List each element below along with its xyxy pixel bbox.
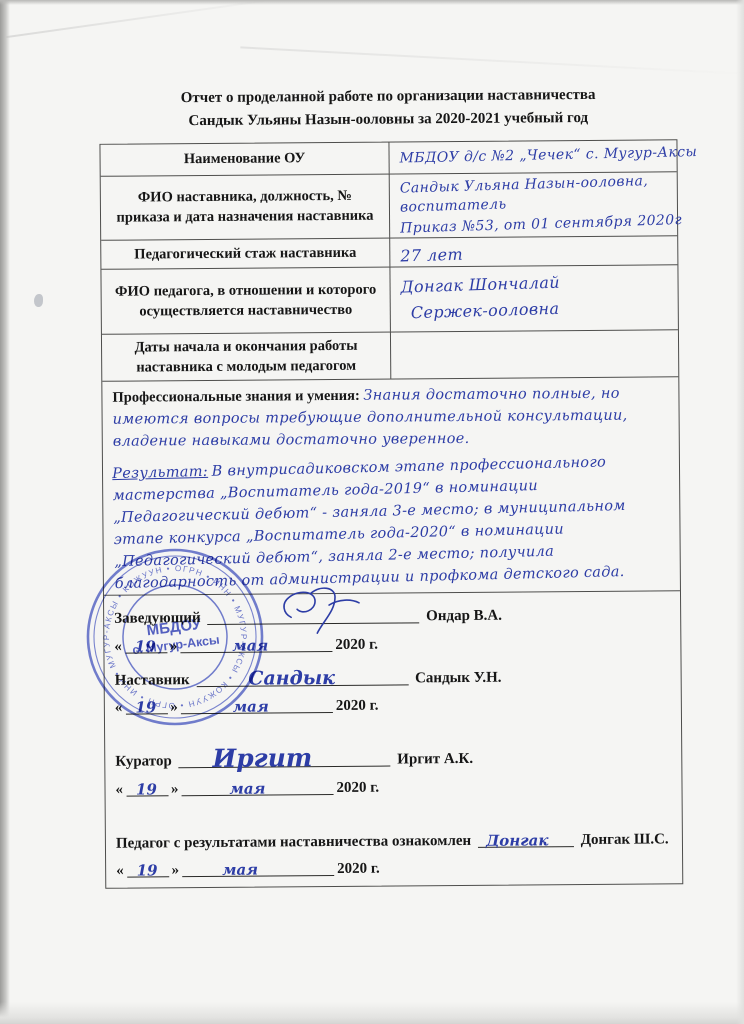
- row-value: 27 лет: [390, 236, 677, 266]
- curator-signature: Иргит: [212, 743, 312, 773]
- printed-name: Ондар В.А.: [426, 607, 502, 624]
- role-label: Педагог с результатами наставничества оз…: [116, 832, 471, 851]
- scan-edge-bottom: [0, 1002, 744, 1024]
- row-value-empty: [391, 330, 678, 378]
- handwritten-month: мая: [222, 860, 258, 878]
- skills-label: Профессиональные знания и умения:: [112, 387, 359, 405]
- paper-crease: [0, 0, 299, 43]
- stamp-center-line2: с. Мугур-Аксы: [132, 633, 221, 658]
- year-label: 2020 г.: [336, 779, 379, 795]
- report-table: Наименование ОУ МБДОУ д/с №2 „Чечек“ с. …: [99, 139, 683, 889]
- year-label: 2020 г.: [337, 860, 380, 876]
- date-line-teacher: «19»мая2020 г.: [116, 854, 380, 879]
- handwritten-value: 27 лет: [400, 238, 669, 265]
- title-line-1: Отчет о проделанной работе по организаци…: [99, 83, 677, 111]
- row-label: Наименование ОУ: [100, 142, 389, 175]
- handwritten-value: МБДОУ д/с №2 „Чечек“ с. Мугур-Аксы: [399, 143, 697, 168]
- row-label: Даты начала и окончания работы наставник…: [102, 332, 391, 380]
- title-line-2: Сандык Ульяны Назын-ооловны за 2020-2021…: [99, 107, 677, 135]
- table-row-experience: Педагогический стаж наставника 27 лет: [101, 236, 677, 270]
- row-value: Сандык Ульяна Назын-ооловна, воспитатель…: [390, 172, 690, 237]
- year-label: 2020 г.: [335, 636, 378, 652]
- signature-line-curator: Куратор Иргит Иргит А.К.: [115, 744, 473, 770]
- printed-name: Сандык У.Н.: [415, 669, 502, 686]
- scanned-report-page: Отчет о проделанной работе по организаци…: [0, 0, 744, 1024]
- paper-crease: [240, 46, 744, 75]
- scan-edge-left: [0, 0, 10, 1024]
- date-line-curator: «19»мая2020 г.: [115, 773, 379, 798]
- table-row-mentee-fio: ФИО педагога, в отношении и которого осу…: [101, 265, 677, 335]
- table-row-ou-name: Наименование ОУ МБДОУ д/с №2 „Чечек“ с. …: [100, 140, 676, 177]
- row-label: Педагогический стаж наставника: [101, 238, 390, 268]
- row-value: МБДОУ д/с №2 „Чечек“ с. Мугур-Аксы: [389, 140, 705, 173]
- handwritten-day: 19: [137, 861, 158, 879]
- scan-edge-right: [736, 0, 744, 1024]
- handwritten-day: 19: [136, 780, 157, 798]
- result-label: Результат:: [112, 463, 208, 481]
- report-form: Отчет о проделанной работе по организаци…: [99, 83, 683, 888]
- table-row-mentor-fio: ФИО наставника, должность, № приказа и д…: [101, 172, 677, 241]
- role-label: Куратор: [115, 753, 172, 769]
- printed-name: Иргит А.К.: [397, 750, 473, 767]
- quote-close: »: [171, 781, 179, 797]
- day-field: 19: [126, 775, 168, 796]
- quote-open: «: [115, 781, 123, 797]
- printed-name: Донгак Ш.С.: [581, 831, 669, 848]
- official-round-stamp: • ОГРН • ИНН • МУГУР-АКСЫ • КОЖУУН • ОГР…: [74, 536, 277, 739]
- signature-line-teacher: Педагог с результатами наставничества оз…: [116, 825, 669, 852]
- document-title: Отчет о проделанной работе по организаци…: [99, 83, 677, 134]
- table-row-dates: Даты начала и окончания работы наставник…: [102, 330, 678, 382]
- row-label: ФИО педагога, в отношении и которого осу…: [101, 267, 390, 333]
- handwritten-month: мая: [229, 779, 265, 797]
- row-value: Донгак Шончалай Сержек-ооловна: [390, 265, 677, 331]
- month-field: мая: [182, 854, 334, 876]
- month-field: мая: [181, 773, 333, 795]
- director-signature-flourish: [277, 582, 369, 635]
- scan-edge-top: [0, 0, 744, 5]
- row-label: ФИО наставника, должность, № приказа и д…: [101, 174, 390, 239]
- signature-field: Донгак: [478, 826, 574, 848]
- quote-open: «: [116, 862, 124, 878]
- day-field: 19: [127, 856, 169, 877]
- year-label: 2020 г.: [336, 697, 379, 713]
- teacher-signature: Донгак: [486, 831, 549, 849]
- scan-smudge: [34, 294, 43, 307]
- quote-close: »: [172, 862, 180, 878]
- signature-field: Иргит: [178, 745, 390, 768]
